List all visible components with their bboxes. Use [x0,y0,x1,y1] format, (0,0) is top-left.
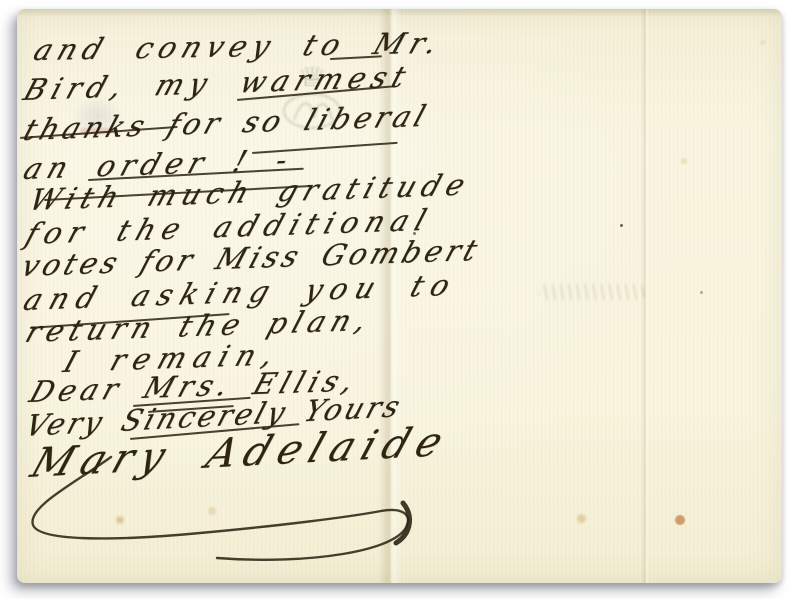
foxing-spot [760,40,765,45]
foxing-spot [208,507,216,515]
foxing-spot [116,516,124,524]
foxing-spot [675,515,685,525]
ink-speck [620,224,623,227]
foxing-spot [681,158,687,164]
handwriting-line: Bird, my warmest [20,62,415,105]
ink-show-through [538,284,646,300]
letter-photograph: ♕ and convey to Mr. Bird, my warmest tha… [0,0,792,599]
ink-speck [413,232,416,235]
foxing-spot [700,291,703,294]
letter-sheet: ♕ and convey to Mr. Bird, my warmest tha… [17,9,782,583]
signature-flourish [19,455,419,595]
foxing-spot [577,514,586,523]
